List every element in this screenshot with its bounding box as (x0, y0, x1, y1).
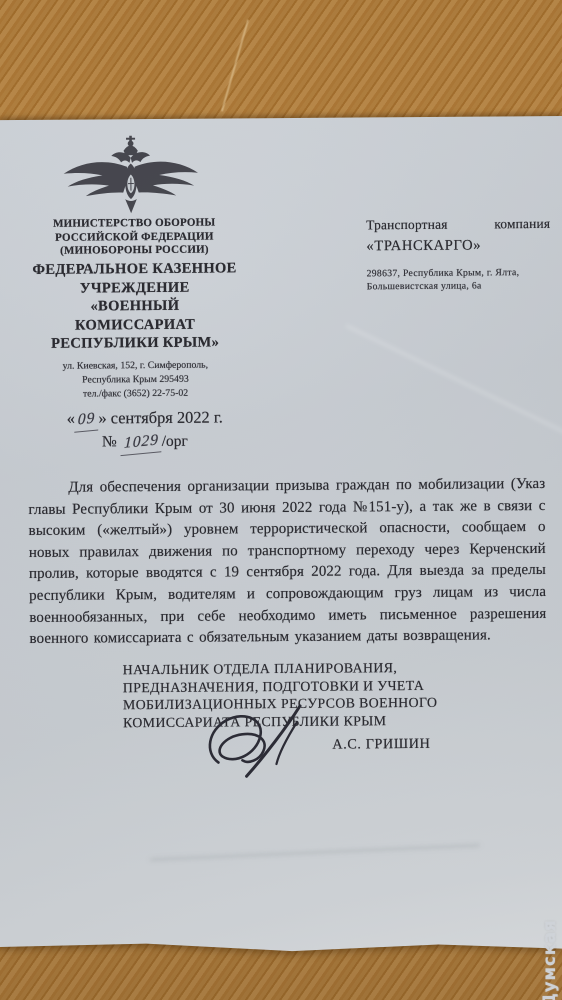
photographed-letter-on-desk: МИНИСТЕРСТВО ОБОРОНЫ РОССИЙСКОЙ ФЕДЕРАЦИ… (0, 0, 562, 1000)
recipient-company-name: «ТРАНСКАРГО» (366, 236, 550, 256)
institution-line: РЕСПУБЛИКИ КРЫМ» (3, 333, 267, 354)
institution-name: ФЕДЕРАЛЬНОЕ КАЗЕННОЕ УЧРЕЖДЕНИЕ «ВОЕННЫЙ… (3, 259, 268, 354)
wood-scratch-line (221, 20, 249, 112)
handwritten-day: 09 (74, 407, 98, 432)
recipient-address-line: Большевистская улица, 6а (367, 279, 551, 294)
letter-paper-sheet: МИНИСТЕРСТВО ОБОРОНЫ РОССИЙСКОЙ ФЕДЕРАЦИ… (0, 116, 562, 952)
institution-line: УЧРЕЖДЕНИЕ (3, 278, 267, 299)
date-rest: » сентября 2022 г. (98, 407, 222, 427)
recipient-company-line: Транспортная компания (366, 214, 550, 234)
dumskaya-watermark: Думская (540, 888, 559, 1000)
handwritten-signature (202, 702, 345, 783)
recipient-address: 298637, Республика Крым, г. Ялта, Больше… (367, 266, 551, 294)
signatory-name: А.С. ГРИШИН (332, 736, 430, 754)
letter-date: «09» сентября 2022 г. (20, 406, 270, 432)
sender-address-line: тел./факс (3652) 22-75-02 (13, 386, 257, 402)
handwritten-number: 1029 (120, 429, 162, 456)
ministry-header: МИНИСТЕРСТВО ОБОРОНЫ РОССИЙСКОЙ ФЕДЕРАЦИ… (6, 216, 262, 259)
number-sign: № (102, 433, 121, 450)
mod-double-headed-eagle-icon (60, 133, 203, 218)
institution-line: ФЕДЕРАЛЬНОЕ КАЗЕННОЕ (3, 259, 267, 280)
date-and-number-block: «09» сентября 2022 г. № 1029/орг (20, 406, 270, 455)
letter-number: № 1029/орг (20, 430, 270, 455)
institution-line: «ВОЕННЫЙ (3, 296, 267, 317)
recipient-block: Транспортная компания «ТРАНСКАРГО» 29863… (366, 214, 551, 294)
letter-content: МИНИСТЕРСТВО ОБОРОНЫ РОССИЙСКОЙ ФЕДЕРАЦИ… (0, 114, 562, 954)
institution-line: КОМИССАРИАТ (3, 315, 267, 336)
ministry-line: (МИНОБОРОНЫ РОССИИ) (6, 243, 262, 259)
sender-address: ул. Киевская, 152, г. Симферополь, Респу… (13, 358, 257, 401)
letter-body-paragraph: Для обеспечения организации призыва граж… (28, 474, 546, 651)
number-suffix: /орг (162, 433, 188, 450)
